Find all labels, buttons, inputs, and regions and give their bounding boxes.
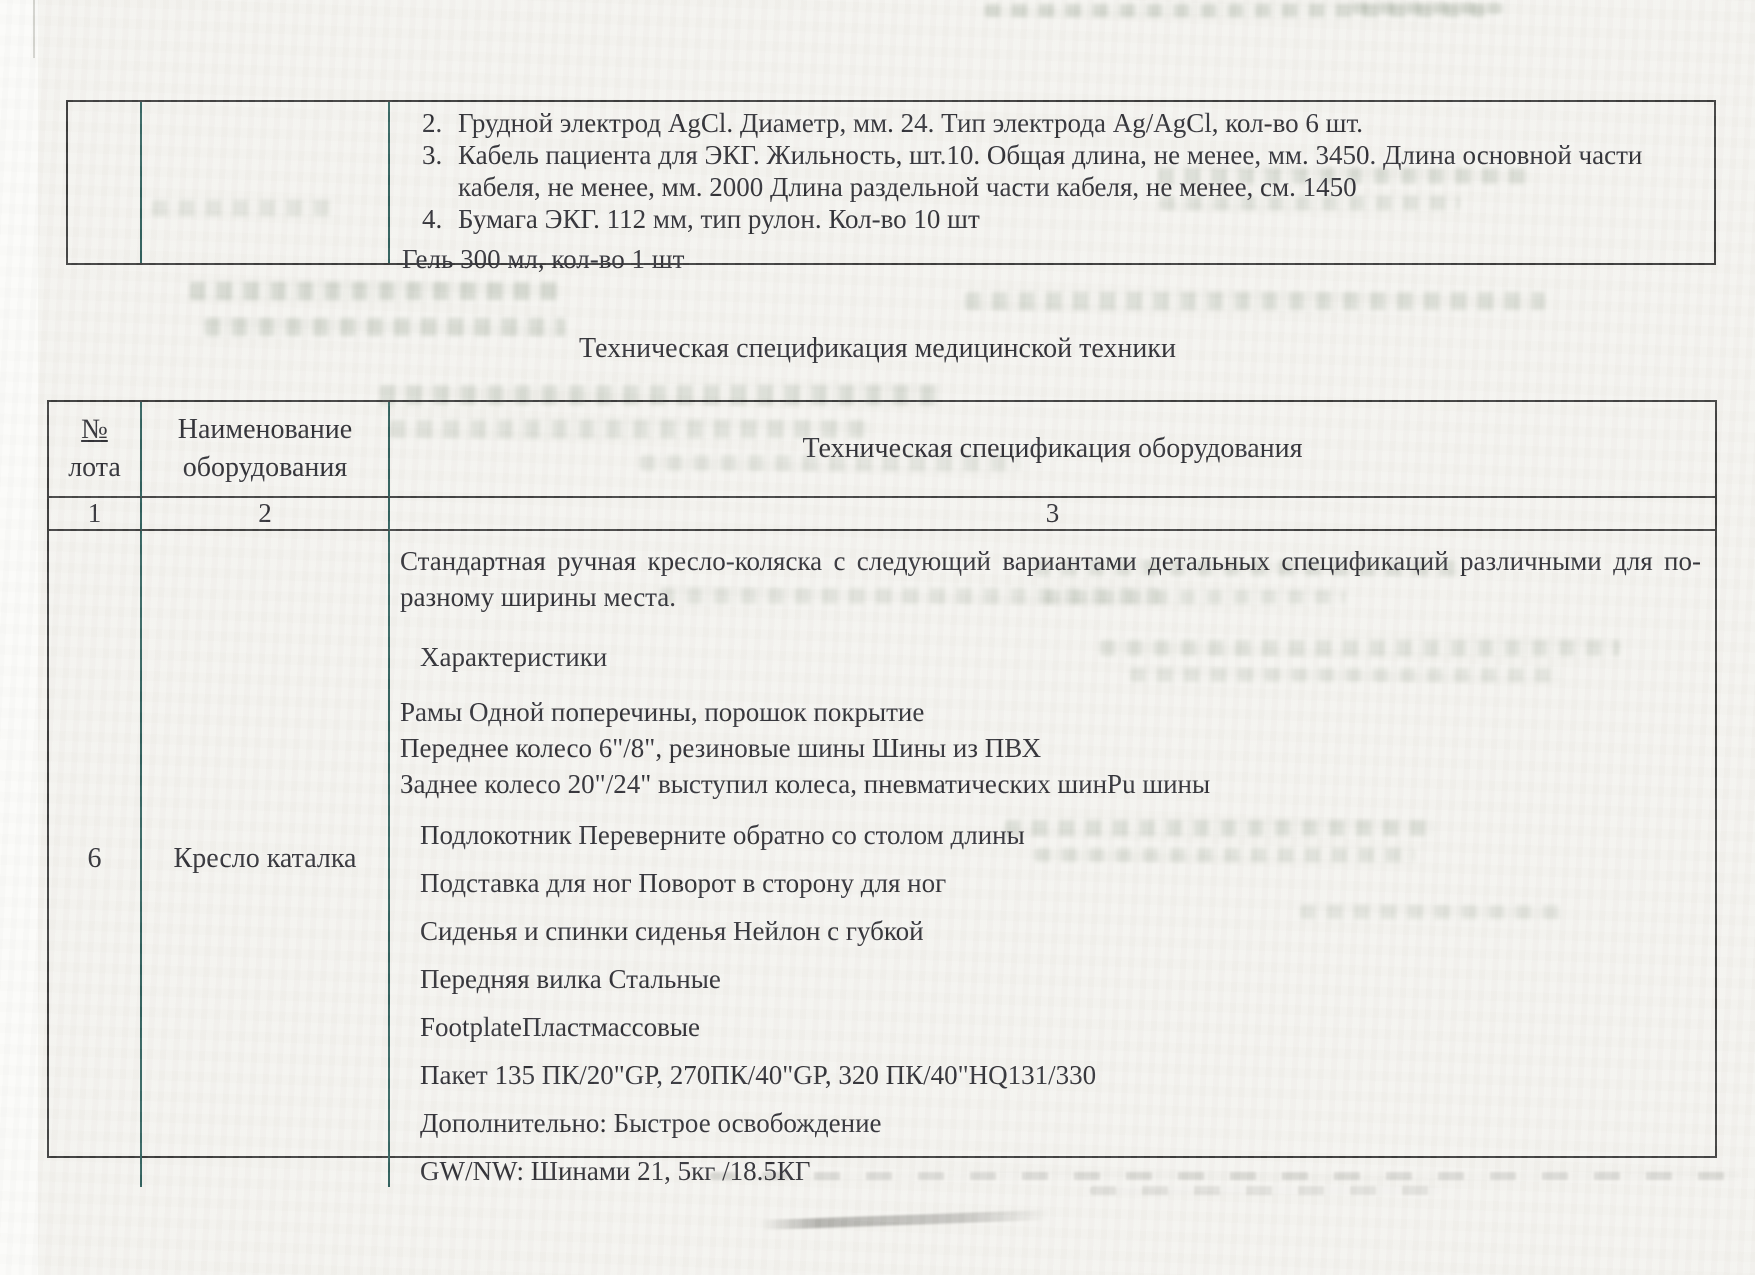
spec-line: Передняя вилка Стальные <box>400 964 1701 995</box>
scan-left-margin <box>0 0 38 1275</box>
continuation-table-col-name-empty <box>142 102 390 263</box>
spec-line: Дополнительно: Быстрое освобождение <box>400 1108 1701 1139</box>
continuation-table-spec-cell: 2. Грудной электрод AgCl. Диаметр, мм. 2… <box>390 102 1714 263</box>
scan-crease-line <box>33 0 35 58</box>
bleed-through-artifact <box>1352 3 1502 14</box>
spec-list-item: 4. Бумага ЭКГ. 112 мм, тип рулон. Кол-во… <box>402 204 1704 236</box>
scanned-document-page: 2. Грудной электрод AgCl. Диаметр, мм. 2… <box>0 0 1755 1275</box>
list-item-number: 2. <box>422 108 458 140</box>
equipment-name-cell: Кресло каталка <box>142 531 390 1187</box>
header-lot-number: № лота <box>49 402 142 498</box>
list-item-number: 3. <box>422 140 458 204</box>
spec-line: Рамы Одной поперечины, порошок покрытие <box>400 695 1701 731</box>
bleed-through-artifact <box>985 4 1485 17</box>
spec-line: Заднее колесо 20"/24" выступил колеса, п… <box>400 767 1701 803</box>
spec-line: Подставка для ног Поворот в сторону для … <box>400 868 1701 899</box>
lot-number-cell: 6 <box>49 531 142 1187</box>
spec-intro-paragraph: Стандартная ручная кресло-коляска с след… <box>400 543 1701 616</box>
specification-table: № лота Наименование оборудования Техниче… <box>47 400 1717 1158</box>
spec-line: FootplateПластмассовые <box>400 1012 1701 1043</box>
spec-line: Переднее колесо 6"/8", резиновые шины Ши… <box>400 731 1701 767</box>
continuation-table: 2. Грудной электрод AgCl. Диаметр, мм. 2… <box>66 100 1716 265</box>
bleed-through-artifact <box>965 292 1545 310</box>
spec-list-item: 3. Кабель пациента для ЭКГ. Жильность, ш… <box>402 140 1704 204</box>
spec-text-cell: Стандартная ручная кресло-коляска с след… <box>390 531 1715 1187</box>
list-item-text: Кабель пациента для ЭКГ. Жильность, шт.1… <box>458 140 1704 204</box>
page-title: Техническая спецификация медицинской тех… <box>0 333 1755 365</box>
header-lot-word: лота <box>68 452 121 483</box>
header-tech-spec: Техническая спецификация оборудования <box>390 402 1715 498</box>
spec-list-item: 2. Грудной электрод AgCl. Диаметр, мм. 2… <box>402 108 1704 140</box>
list-item-number: 4. <box>422 204 458 236</box>
spec-line: Пакет 135 ПК/20"GP, 270ПК/40"GP, 320 ПК/… <box>400 1060 1701 1091</box>
pencil-streak-artifact <box>760 1210 1050 1230</box>
header-tech-spec-label: Техническая спецификация оборудования <box>802 430 1302 468</box>
header-equipment-name-label: Наименование оборудования <box>165 411 365 487</box>
gel-quantity-line: Гель 300 мл, кол-во 1 шт <box>402 244 1704 276</box>
column-index-2: 2 <box>142 498 390 531</box>
column-index-3: 3 <box>390 498 1715 531</box>
list-item-text: Бумага ЭКГ. 112 мм, тип рулон. Кол-во 10… <box>458 204 1704 236</box>
scan-noise-line <box>1090 1186 1440 1195</box>
column-index-1: 1 <box>49 498 142 531</box>
header-lot-symbol: № <box>81 414 108 445</box>
spec-line: Подлокотник Переверните обратно со столо… <box>400 820 1701 851</box>
spec-line: GW/NW: Шинами 21, 5кг /18.5КГ <box>400 1156 1701 1187</box>
list-item-text: Грудной электрод AgCl. Диаметр, мм. 24. … <box>458 108 1704 140</box>
bleed-through-artifact <box>190 282 560 300</box>
continuation-table-col-lot-empty <box>68 102 142 263</box>
spec-line: Сиденья и спинки сиденья Нейлон с губкой <box>400 916 1701 947</box>
header-equipment-name: Наименование оборудования <box>142 402 390 498</box>
spec-heading: Характеристики <box>420 642 1701 673</box>
